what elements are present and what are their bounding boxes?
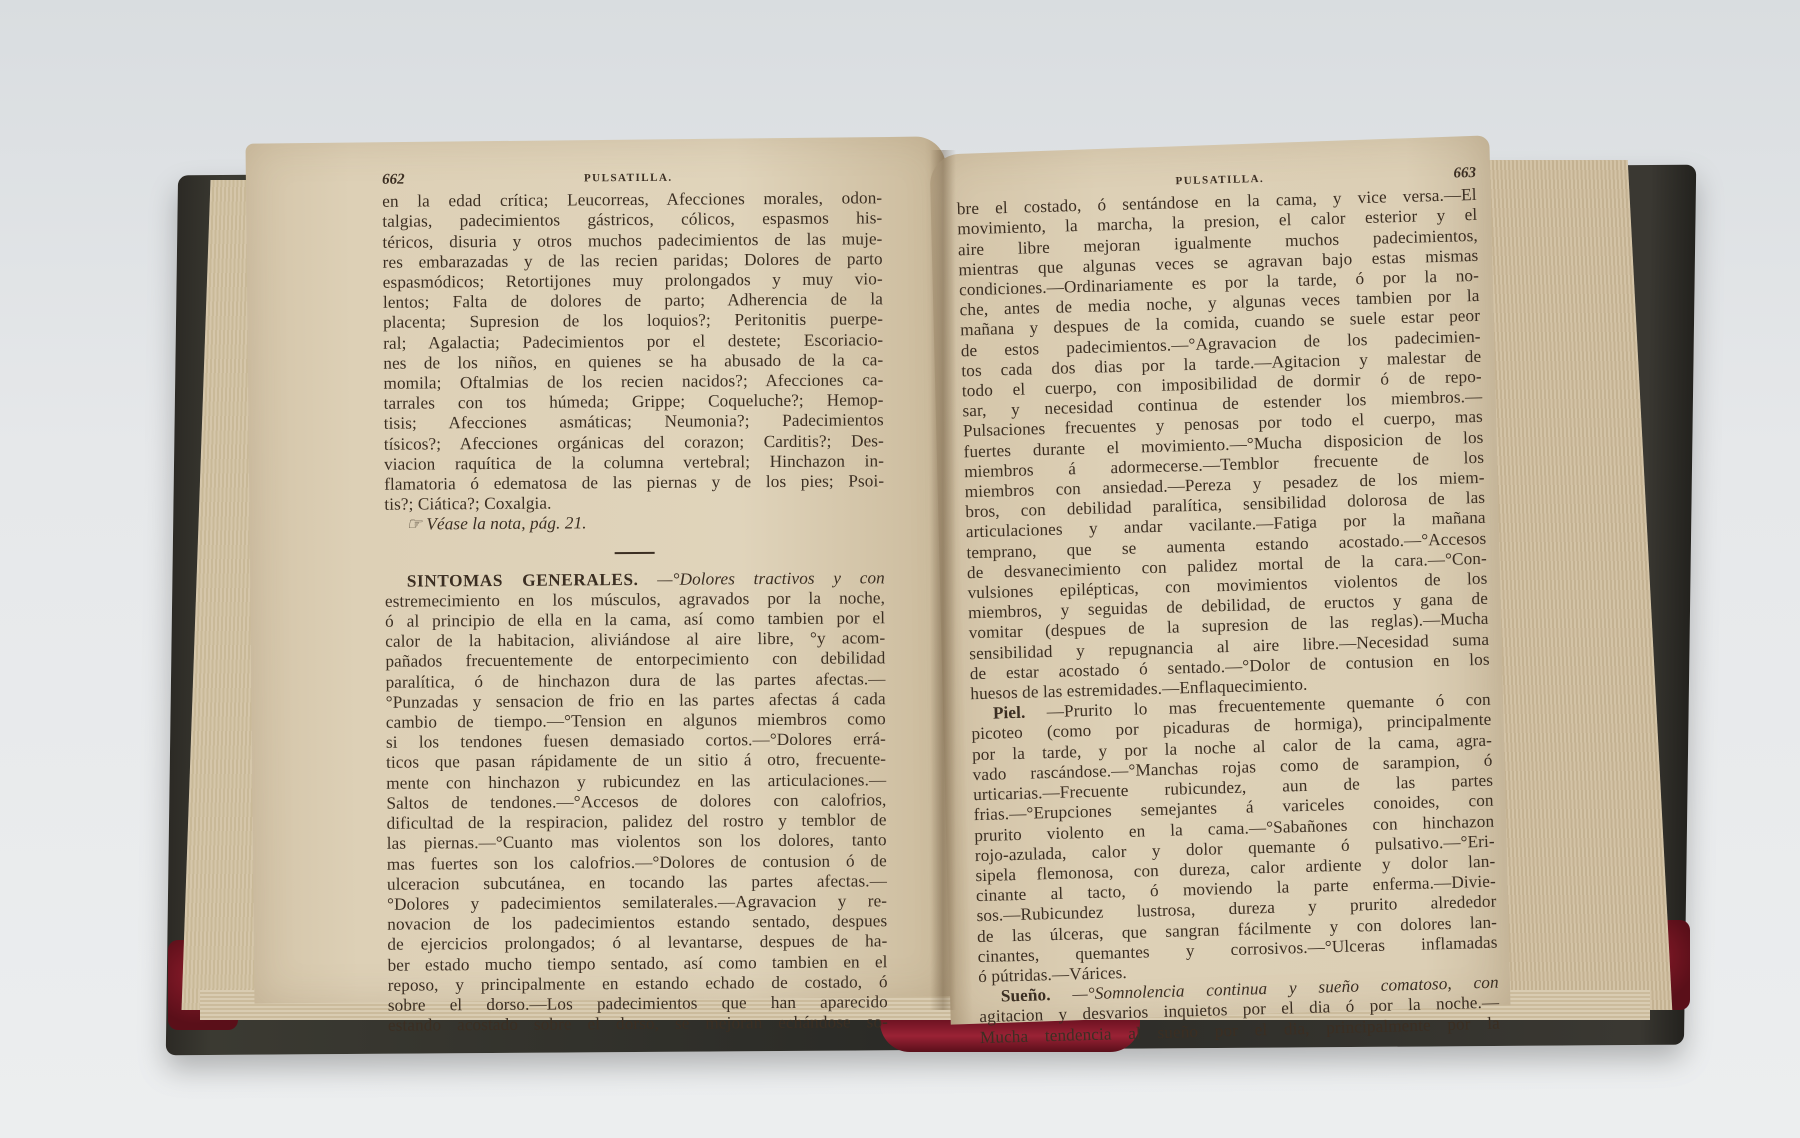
- running-head: PULSATILLA.: [1175, 169, 1264, 192]
- text-line: las piernas.—°Cuanto mas violentos son l…: [387, 831, 887, 855]
- text-line: de ejercicios prolongados; ó al levantar…: [387, 932, 887, 956]
- section-heading: SINTOMAS GENERALES.: [407, 570, 639, 591]
- running-head: PULSATILLA.: [584, 168, 673, 189]
- text-line: estando acostado sobre el dorso, se mejo…: [388, 1012, 888, 1036]
- text-line: —°Dolores tractivos y con: [657, 568, 885, 589]
- left-page-header: 662 PULSATILLA.: [382, 166, 882, 190]
- right-page-text: PULSATILLA. 663 bre el costado, ó sentán…: [956, 163, 1500, 1048]
- page-number: 663: [1453, 163, 1476, 184]
- piel-heading: Piel.: [993, 703, 1026, 723]
- section-divider: [615, 552, 655, 554]
- text-line: flamatoria ó edematosa de las piernas y …: [384, 471, 884, 495]
- book-gutter: [930, 150, 956, 1010]
- left-page-text: 662 PULSATILLA. en la edad crítica; Leuc…: [382, 166, 888, 1036]
- photo-scene: 662 PULSATILLA. en la edad crítica; Leuc…: [0, 0, 1800, 1138]
- footnote-reference: ☞ Véase la nota, pág. 21.: [384, 512, 884, 536]
- sueno-heading: Sueño.: [1001, 985, 1051, 1005]
- page-number: 662: [382, 170, 405, 190]
